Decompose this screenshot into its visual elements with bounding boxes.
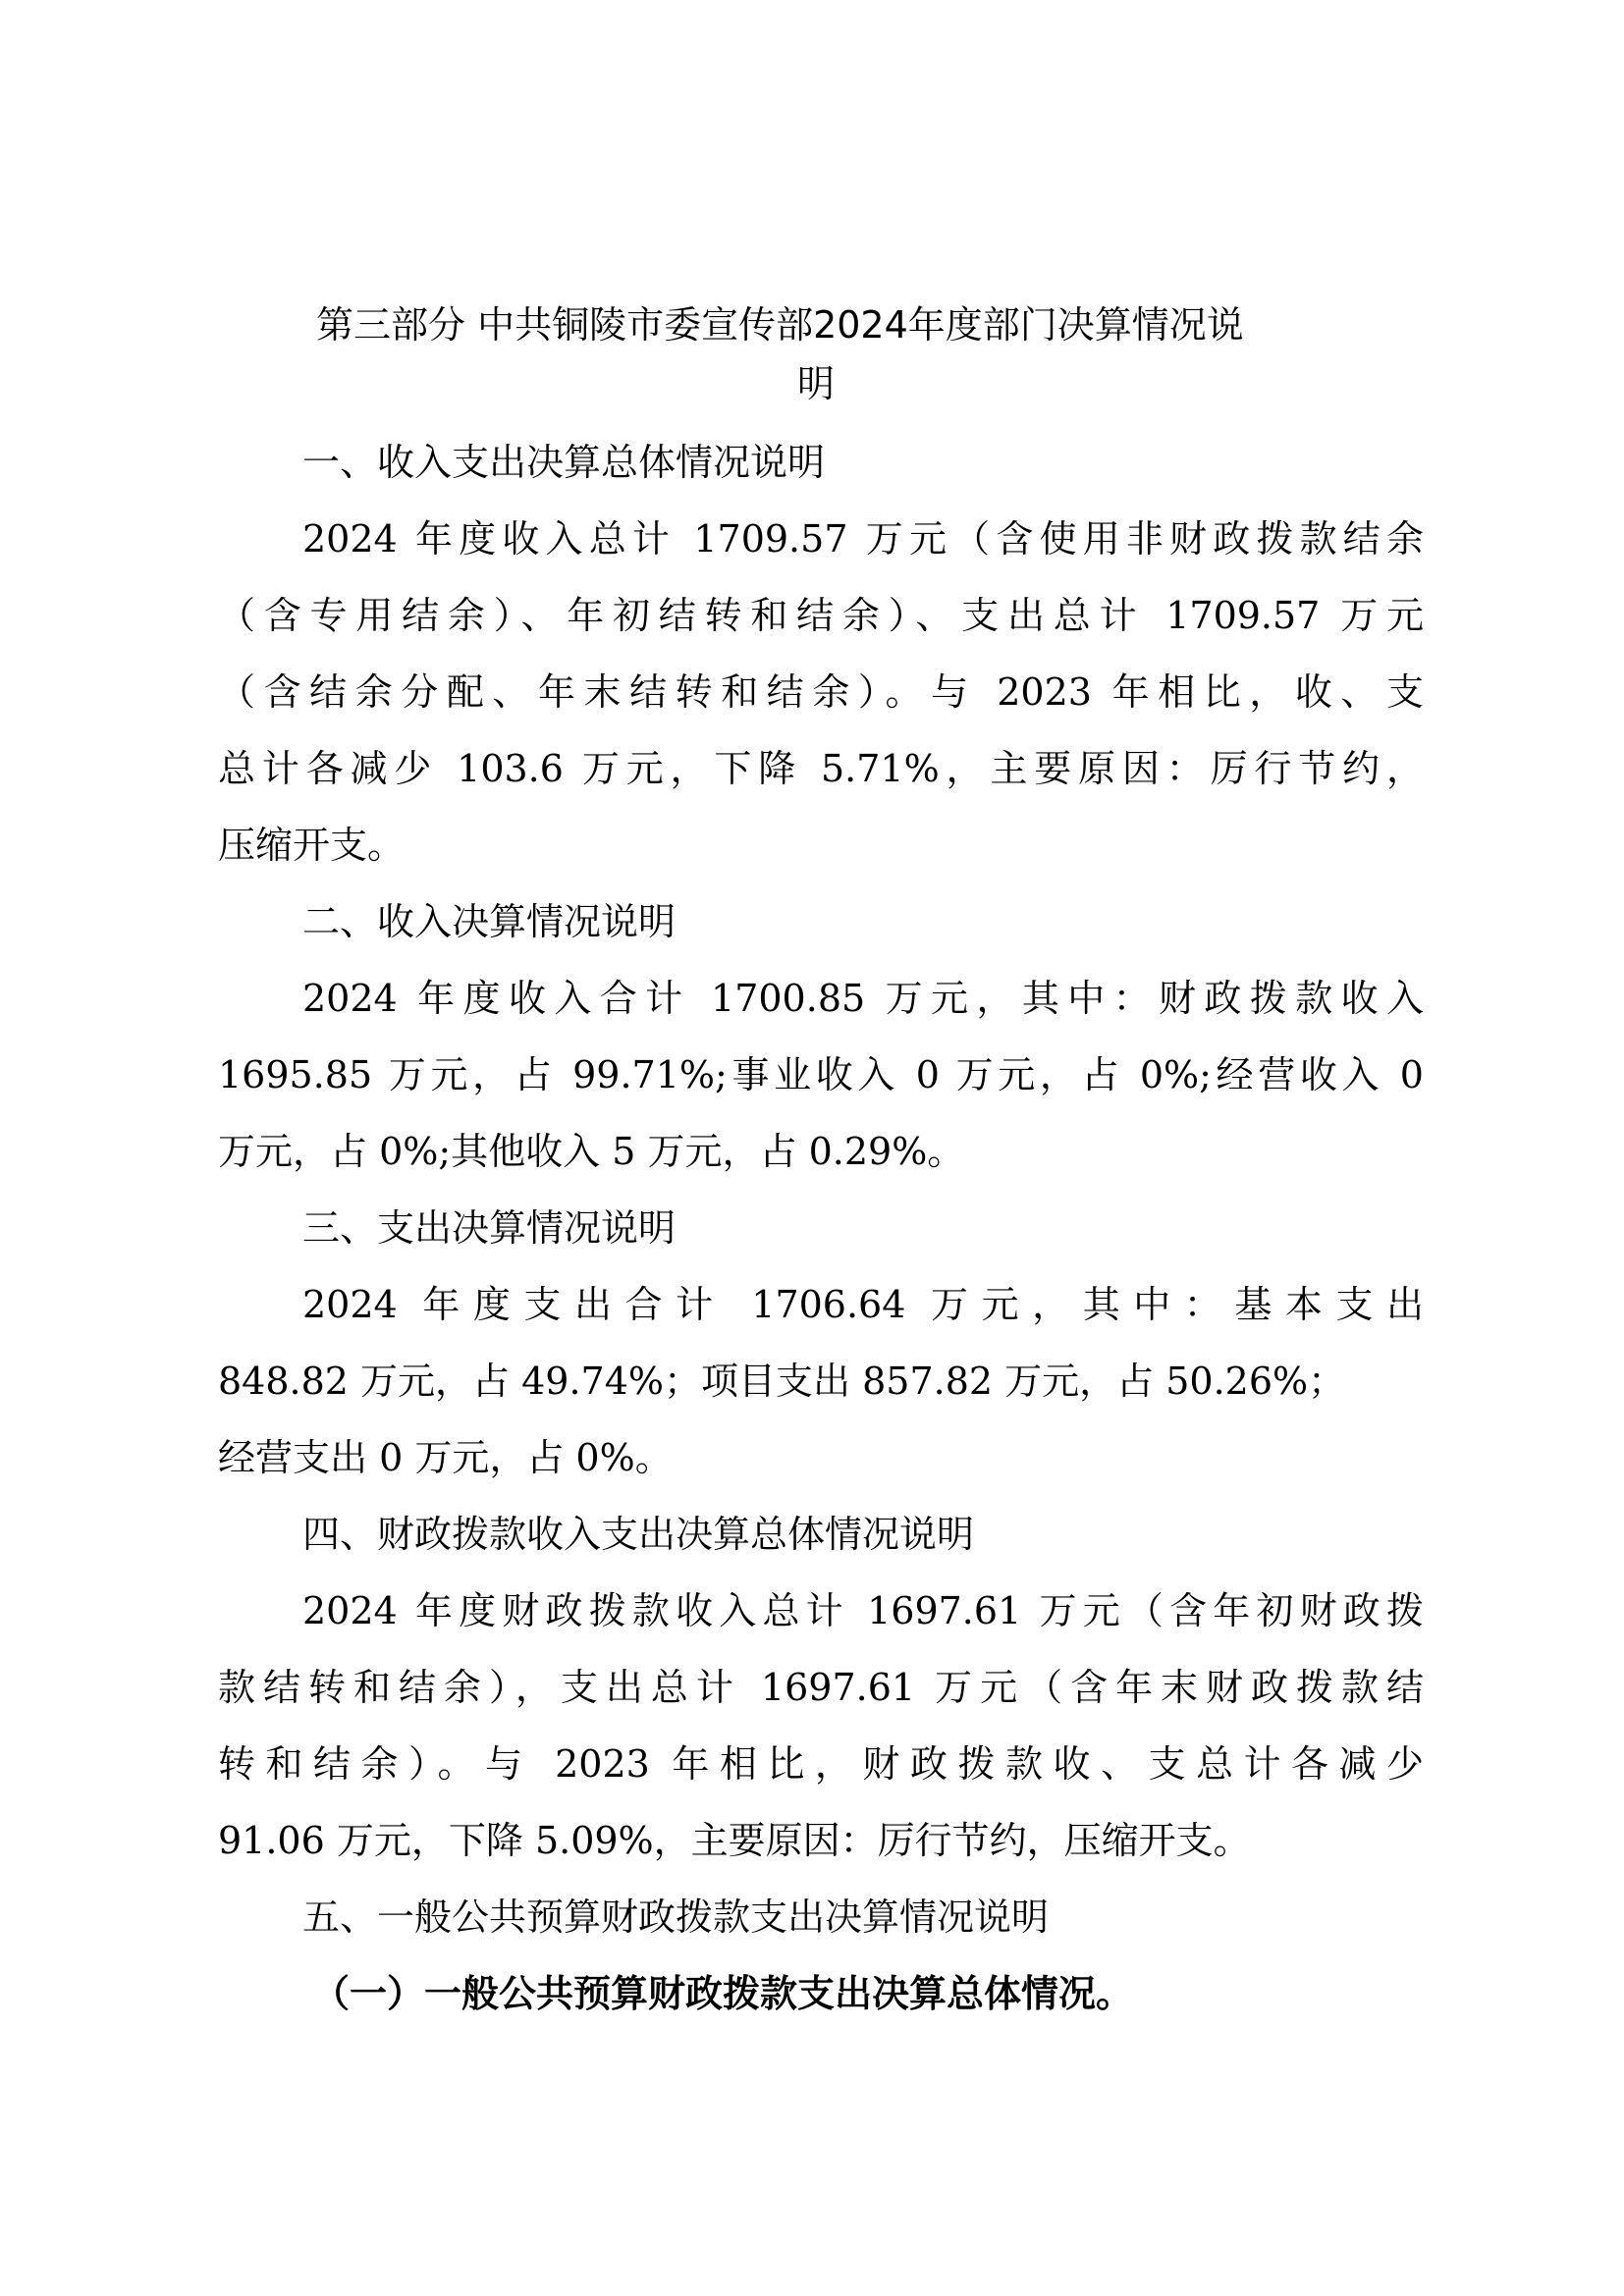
section-1-line-2: （含专用结余）、年初结转和结余）、支出总计 1709.57 万元: [218, 585, 1424, 639]
section-2-line-1: 2024 年度收入合计 1700.85 万元，其中：财政拨款收入: [302, 968, 1424, 1022]
section-3-line-3: 经营支出 0 万元，占 0%。: [218, 1427, 673, 1481]
section-2-line-2: 1695.85 万元，占 99.71%;事业收入 0 万元，占 0%;经营收入 …: [218, 1044, 1424, 1098]
section-1-line-1: 2024 年度收入总计 1709.57 万元（含使用非财政拨款结余: [302, 508, 1424, 562]
section-4-line-2: 款结转和结余），支出总计 1697.61 万元（含年末财政拨款结: [218, 1657, 1424, 1711]
section-2-line-3: 万元，占 0%;其他收入 5 万元，占 0.29%。: [218, 1121, 964, 1175]
page-title-line-2: 明: [797, 353, 835, 407]
section-3-heading: 三、支出决算情况说明: [302, 1198, 676, 1252]
section-5-heading: 五、一般公共预算财政拨款支出决算情况说明: [302, 1887, 1049, 1941]
section-4-line-3: 转和结余）。与 2023 年相比，财政拨款收、支总计各减少: [218, 1734, 1424, 1788]
section-5-subheading: （一）一般公共预算财政拨款支出决算总体情况。: [312, 1963, 1133, 2017]
document-page: 第三部分 中共铜陵市委宣传部2024年度部门决算情况说 明 一、收入支出决算总体…: [0, 0, 1624, 2296]
section-1-line-5: 压缩开支。: [218, 815, 405, 869]
section-4-line-4: 91.06 万元，下降 5.09%，主要原因：厉行节约，压缩开支。: [218, 1810, 1251, 1864]
section-4-heading: 四、财政拨款收入支出决算总体情况说明: [302, 1504, 974, 1558]
section-3-line-1: 2024 年度支出合计 1706.64 万元，其中：基本支出: [302, 1274, 1424, 1328]
section-1-line-4: 总计各减少 103.6 万元，下降 5.71%，主要原因：厉行节约，: [218, 738, 1424, 792]
section-1-line-3: （含结余分配、年末结转和结余）。与 2023 年相比，收、支: [218, 662, 1424, 716]
section-3-line-2: 848.82 万元，占 49.74%；项目支出 857.82 万元，占 50.2…: [218, 1351, 1345, 1405]
page-title-line-1: 第三部分 中共铜陵市委宣传部2024年度部门决算情况说: [316, 294, 1244, 348]
section-1-heading: 一、收入支出决算总体情况说明: [302, 432, 825, 486]
section-2-heading: 二、收入决算情况说明: [302, 891, 676, 945]
section-4-line-1: 2024 年度财政拨款收入总计 1697.61 万元（含年初财政拨: [302, 1580, 1424, 1634]
